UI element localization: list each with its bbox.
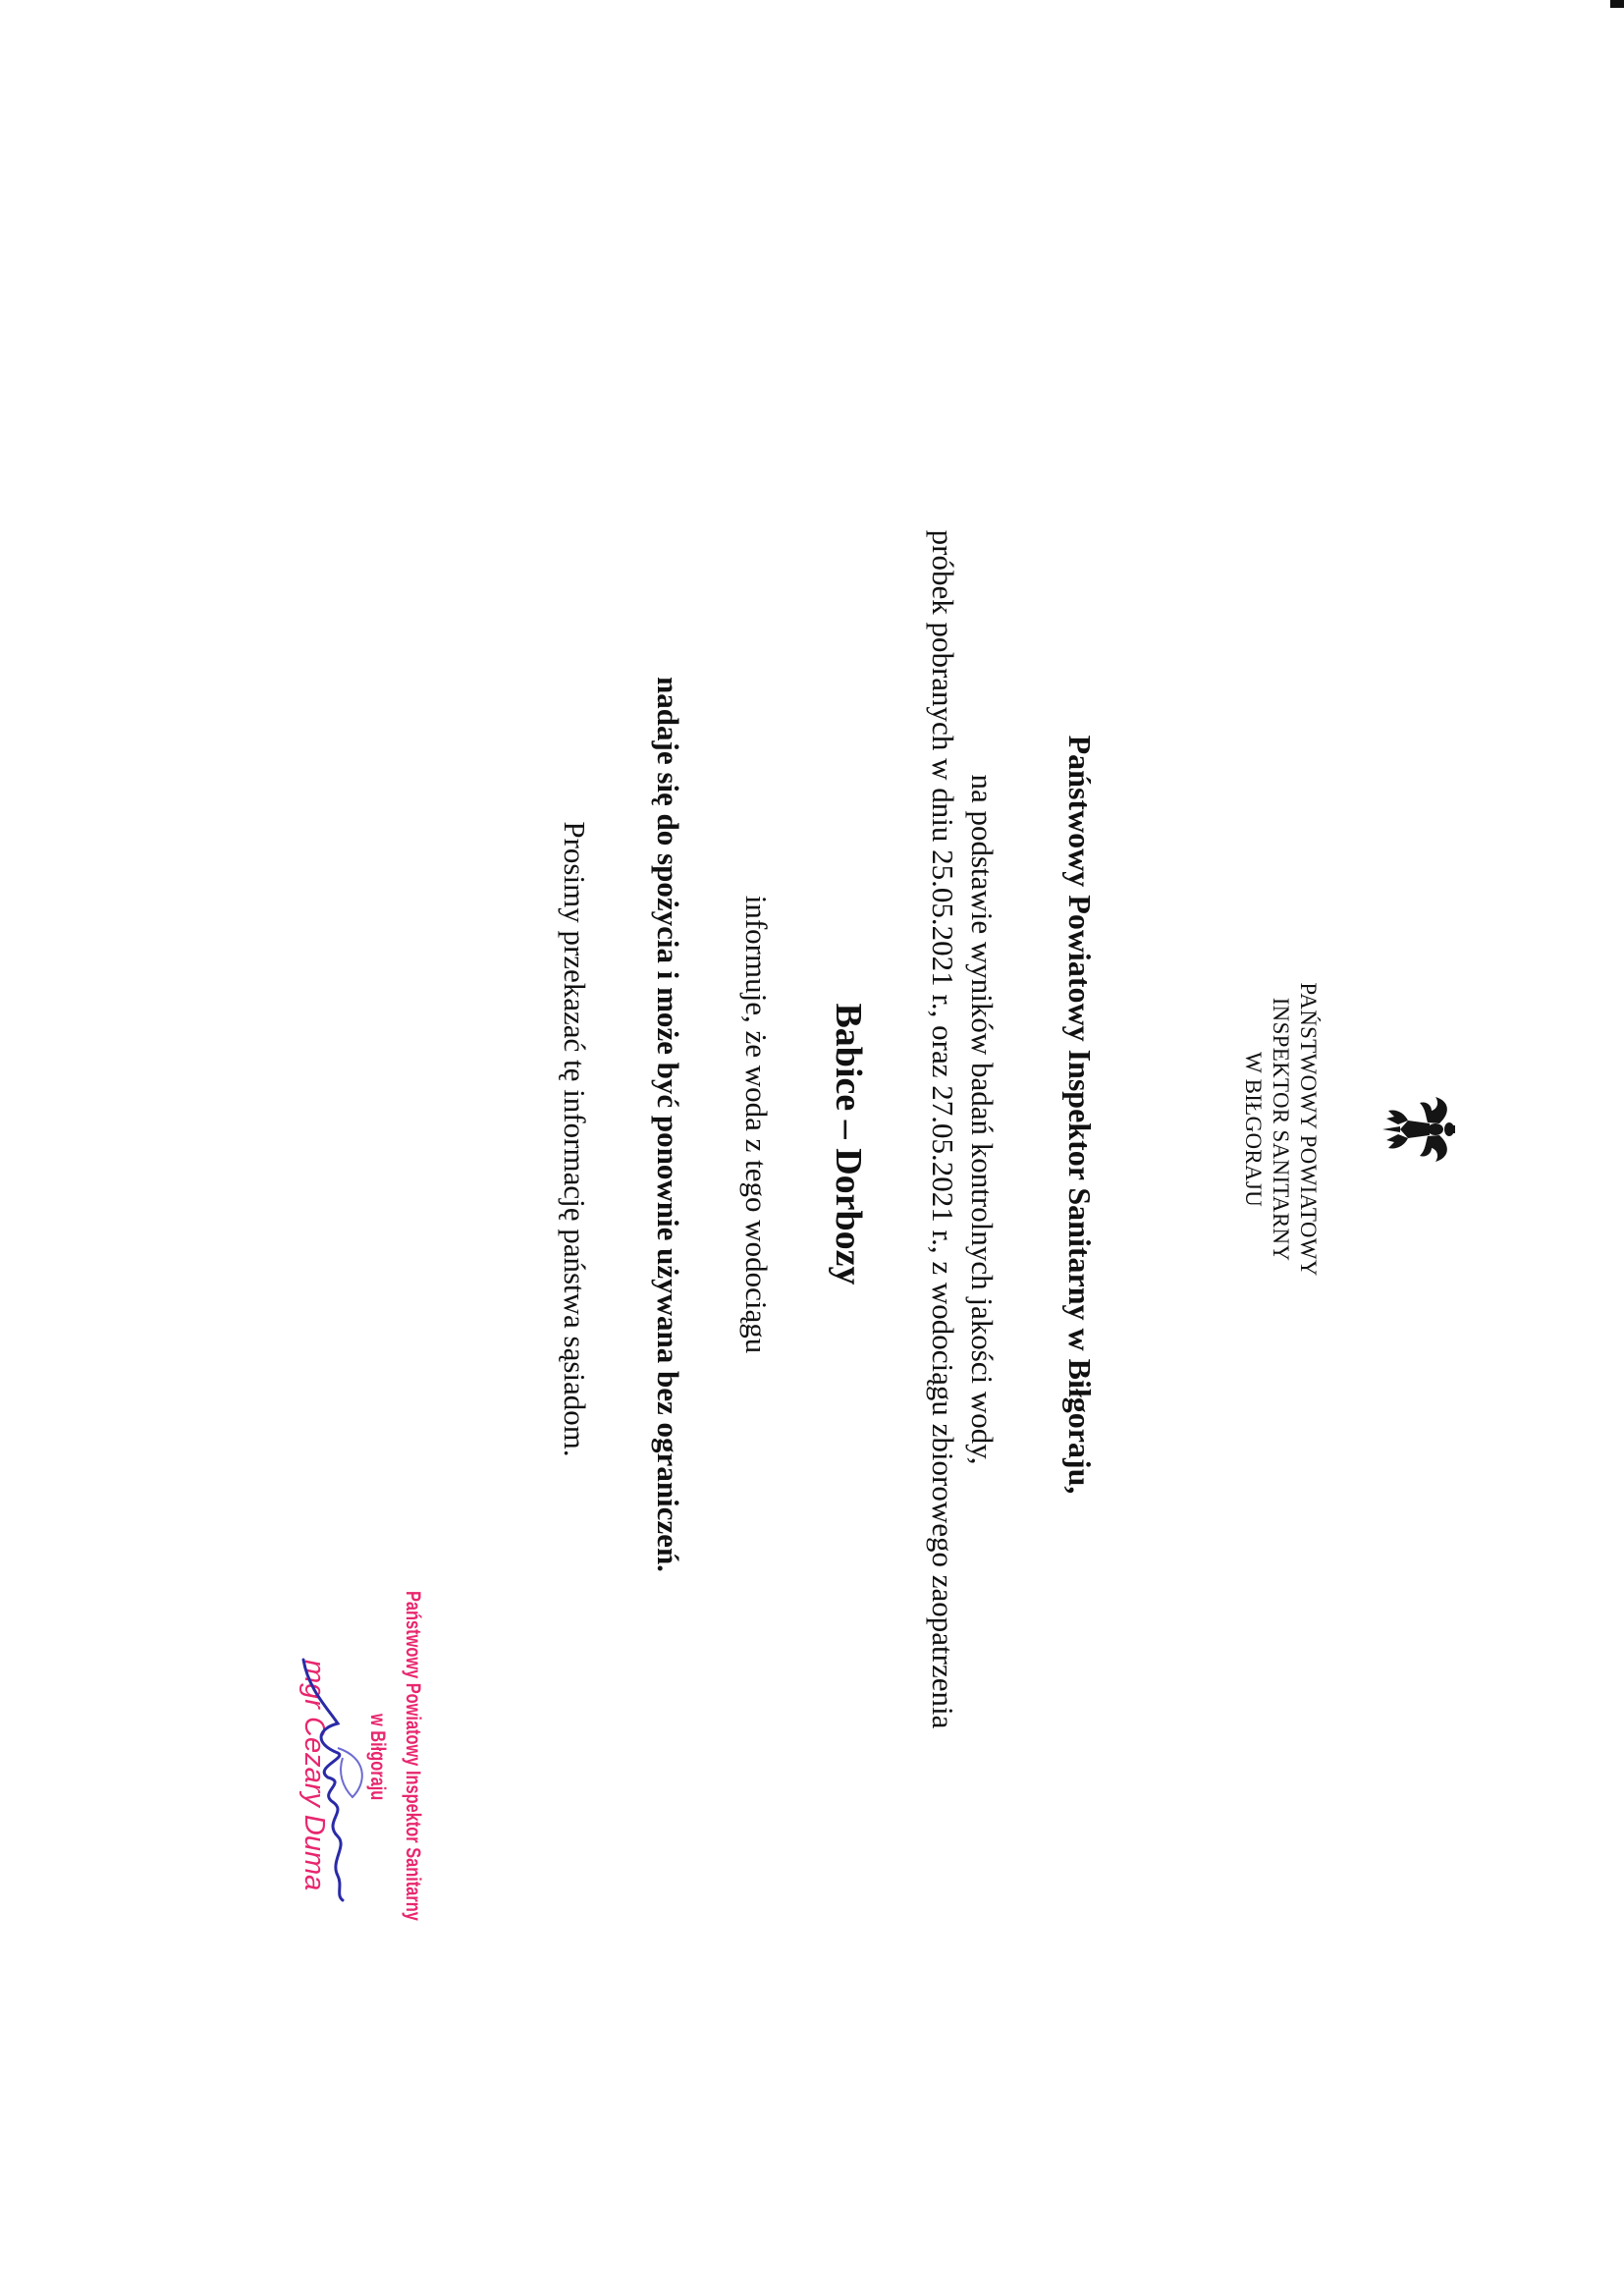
- header-line-1: PAŃSTWOWY POWIATOWY: [1297, 982, 1320, 1276]
- polish-eagle-emblem-icon: [1380, 1095, 1459, 1164]
- header-line-2: INSPEKTOR SANITARNY: [1270, 998, 1292, 1262]
- document-title: Państwowy Powiatowy Inspektor Sanitarny …: [1061, 736, 1098, 1495]
- verdict-statement: nadaje się do spożycia i może być ponown…: [650, 677, 685, 1572]
- body-line-basis: na podstawie wyników badań kontrolnych j…: [964, 774, 1000, 1464]
- header-line-3: W BIŁGORAJU: [1242, 1052, 1265, 1207]
- water-supply-name: Babice – Dorbozy: [827, 1003, 870, 1285]
- document-page: PAŃSTWOWY POWIATOWY INSPEKTOR SANITARNY …: [0, 0, 1624, 2296]
- body-line-samples: próbek pobranych w dniu 25.05.2021 r., o…: [925, 530, 960, 1729]
- body-line-informs: informuje, że woda z tego wodociągu: [738, 896, 774, 1354]
- handwritten-signature: [289, 1650, 406, 1944]
- request-line: Prosimy przekazać tę informację państwa …: [557, 821, 592, 1456]
